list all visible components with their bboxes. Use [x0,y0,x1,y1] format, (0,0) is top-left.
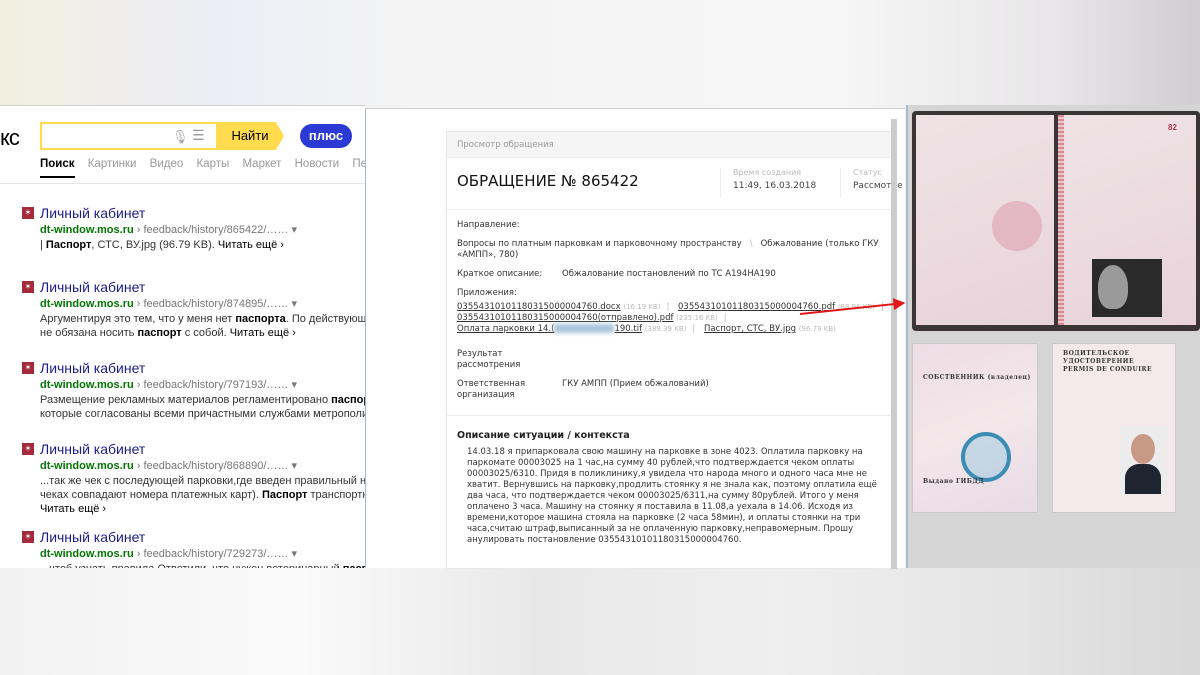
search-result: ✶Личный кабинет dt-window.mos.ru › feedb… [22,360,365,421]
attachment-link[interactable]: Оплата парковки 14.(190.tif [457,324,642,334]
result-url[interactable]: dt-window.mos.ru › feedback/history/8654… [40,223,365,236]
tab-search[interactable]: Поиск [40,158,75,178]
attachment-size: (235.16 KB) [676,314,718,322]
appeal-title-row: ОБРАЩЕНИЕ № 865422 Время создания 11:49,… [447,158,897,210]
result-domain[interactable]: dt-window.mos.ru [40,224,134,236]
passport-photo [1092,259,1162,317]
redacted-blur [554,324,614,333]
context-text: 14.03.18 я припарковала свою машину на п… [457,447,892,546]
result-url[interactable]: dt-window.mos.ru › feedback/history/7292… [40,547,365,560]
attachment-link[interactable]: 03554310101180315000004760(отправлено).p… [457,313,673,323]
direction-label: Направление: [457,220,892,231]
created-value: 11:49, 16.03.2018 [733,181,816,191]
attachments-label: Приложения: [457,288,892,299]
result-title-link[interactable]: Личный кабинет [40,441,145,457]
search-result: ✶Личный кабинет dt-window.mos.ru › feedb… [22,205,365,252]
divider [447,415,897,416]
mos-ru-favicon-icon: ✶ [22,531,34,543]
mos-ru-favicon-icon: ✶ [22,207,34,219]
result-snippet: ...чтоб узнать правила Ответили, что нуж… [40,562,365,568]
direction-category: Вопросы по платным парковкам и парковочн… [457,239,742,249]
search-result: ✶Личный кабинет dt-window.mos.ru › feedb… [22,529,365,568]
tabs-divider [0,183,365,184]
attachment-size: (389.39 KB) [645,325,687,333]
summary-row: Краткое описание: Обжалование постановле… [457,269,892,280]
passport-stripe [1058,115,1064,325]
result-url[interactable]: dt-window.mos.ru › feedback/history/8748… [40,297,365,310]
result-title-link[interactable]: Личный кабинет [40,529,145,545]
context-title: Описание ситуации / контекста [457,430,892,441]
result-snippet: | Паспорт, СТС, ВУ.jpg (96.79 KB). Читат… [40,238,365,252]
appeal-title: ОБРАЩЕНИЕ № 865422 [457,172,639,190]
org-value: ГКУ АМПП (Прием обжалований) [562,379,709,401]
result-snippet: ...так же чек с последующей парковки,где… [40,474,365,516]
separator: | [692,324,695,334]
yandex-search-window: кс 🎙 ☰ Найти плюс Поиск Картинки Видео К… [0,105,365,568]
result-domain[interactable]: dt-window.mos.ru [40,298,134,310]
tab-video[interactable]: Видео [150,158,184,170]
mos-ru-favicon-icon: ✶ [22,443,34,455]
result-url[interactable]: dt-window.mos.ru › feedback/history/7971… [40,378,365,391]
tab-images[interactable]: Картинки [88,158,137,170]
org-label: Ответственная организация [457,379,562,401]
passport-number: 82 [1168,123,1177,132]
search-result: ✶Личный кабинет dt-window.mos.ru › feedb… [22,279,365,340]
license-header-ru: ВОДИТЕЛЬСКОЕ УДОСТОВЕРЕНИЕ [1053,344,1175,366]
tab-translate[interactable]: Пере [352,158,365,170]
result-domain[interactable]: dt-window.mos.ru [40,548,134,560]
find-button[interactable]: Найти [216,122,284,150]
result-url[interactable]: dt-window.mos.ru › feedback/history/8688… [40,459,365,472]
summary-label: Краткое описание: [457,269,562,280]
result-title-link[interactable]: Личный кабинет [40,360,145,376]
background-bottom [0,568,1200,675]
search-result: ✶Личный кабинет dt-window.mos.ru › feedb… [22,441,365,516]
result-path[interactable]: › feedback/history/874895/…… ▾ [134,298,297,310]
org-row: Ответственная организация ГКУ АМПП (Прие… [457,379,892,401]
mos-ru-favicon-icon: ✶ [22,281,34,293]
attachment-name-prefix: Оплата парковки 14.( [457,324,554,334]
yandex-logo[interactable]: кс [0,125,19,151]
attachment-link[interactable]: 03554310101180315000004760.pdf [678,302,835,312]
tab-maps[interactable]: Карты [196,158,229,170]
result-domain[interactable]: dt-window.mos.ru [40,460,134,472]
settings-sliders-icon[interactable]: ☰ [192,127,205,144]
summary-value: Обжалование постановлений по ТС А194НА19… [562,269,776,280]
separator: | [666,302,669,312]
appeal-body: Направление: Вопросы по платным парковка… [457,220,892,546]
result-snippet: Размещение рекламных материалов регламен… [40,393,365,421]
search-input[interactable]: 🎙 ☰ [40,122,216,150]
appeal-card: Просмотр обращения ОБРАЩЕНИЕ № 865422 Вр… [446,131,896,569]
mos-ru-favicon-icon: ✶ [22,362,34,374]
result-title-link[interactable]: Личный кабинет [40,205,145,221]
separator: \ [750,239,753,249]
passport-stamp [992,201,1042,251]
attachment-size: (96.79 KB) [799,325,836,333]
result-label: Результат рассмотрения [457,349,527,371]
result-path[interactable]: › feedback/history/865422/…… ▾ [134,224,297,236]
result-snippet: Аргументируя это тем, что у меня нет пас… [40,312,365,340]
passport-image: 82 [912,111,1200,331]
tab-news[interactable]: Новости [295,158,340,170]
separator: | [724,313,727,323]
license-header-fr: PERMIS DE CONDUIRE [1053,366,1175,374]
vehicle-registration-image: СОБСТВЕННИК (владелец) Выдано ГИБДД [912,343,1038,513]
result-path[interactable]: › feedback/history/868890/…… ▾ [134,460,297,472]
result-row: Результат рассмотрения [457,349,892,371]
attachments-list: 03554310101180315000004760.docx (16.19 K… [457,302,892,335]
tab-market[interactable]: Маркет [242,158,281,170]
plus-button[interactable]: плюс [300,124,352,148]
created-label: Время создания [733,168,816,177]
attachment-size: (16.19 KB) [623,303,660,311]
attachment-link[interactable]: Паспорт, СТС, ВУ.jpg [704,324,796,334]
attachment-name-suffix: 190.tif [614,324,642,334]
result-path[interactable]: › feedback/history/797193/…… ▾ [134,379,297,391]
created-meta: Время создания 11:49, 16.03.2018 [720,168,816,198]
direction-value: Вопросы по платным парковкам и парковочн… [457,239,892,261]
microphone-icon[interactable]: 🎙 [172,129,189,145]
result-path[interactable]: › feedback/history/729273/…… ▾ [134,548,297,560]
sts-issued-label: Выдано ГИБДД [913,472,984,486]
search-tabs: Поиск Картинки Видео Карты Маркет Новост… [40,158,365,170]
appeal-window: Просмотр обращения ОБРАЩЕНИЕ № 865422 Вр… [365,108,905,568]
sts-owner-label: СОБСТВЕННИК (владелец) [913,344,1037,382]
attachment-link[interactable]: 03554310101180315000004760.docx [457,302,621,312]
result-domain[interactable]: dt-window.mos.ru [40,379,134,391]
card-header: Просмотр обращения [447,132,895,158]
documents-photo: 82 СОБСТВЕННИК (владелец) Выдано ГИБДД В… [906,105,1200,568]
license-photo [1119,426,1167,494]
scrollbar[interactable] [891,119,897,569]
result-title-link[interactable]: Личный кабинет [40,279,145,295]
drivers-license-image: ВОДИТЕЛЬСКОЕ УДОСТОВЕРЕНИЕ PERMIS DE CON… [1052,343,1176,513]
